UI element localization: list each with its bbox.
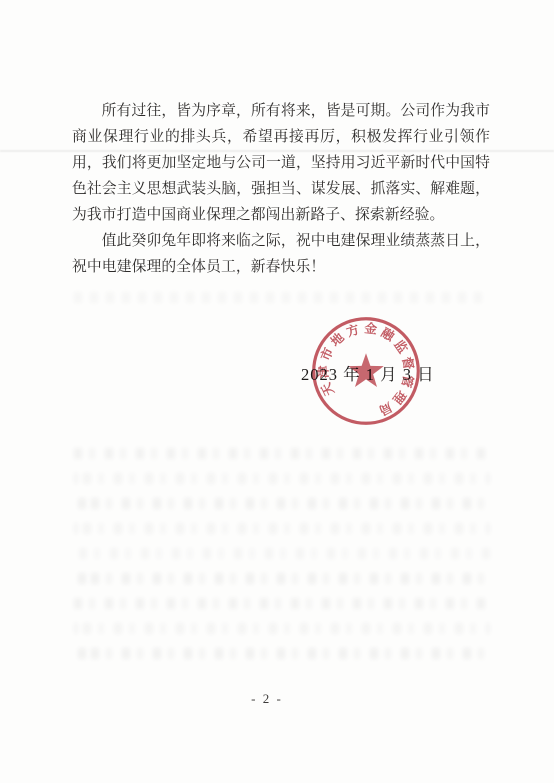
official-seal: 天津市地方金融监督管理局 [310,315,422,427]
bleed-through-row [74,498,490,509]
bleed-through-row [74,598,490,609]
bleed-through-row [74,523,490,534]
bleed-through-row [74,448,490,459]
page-number: - 2 - [0,691,534,707]
star-icon [348,353,383,387]
document-page: 所有过往，皆为序章，所有将来，皆是可期。公司作为我市商业保理行业的排头兵，希望再… [0,0,554,783]
bleed-through-row [74,648,490,659]
bleed-through-row [74,623,490,634]
paragraph-new-year-wishes: 值此癸卯兔年即将来临之际，祝中电建保理业绩蒸蒸日上，祝中电建保理的全体员工，新春… [72,228,490,280]
bleed-through-row [74,548,490,559]
seal-graphic: 天津市地方金融监督管理局 [310,315,422,427]
bleed-through-artifact-rows [74,448,490,673]
paragraph-closing-remarks: 所有过往，皆为序章，所有将来，皆是可期。公司作为我市商业保理行业的排头兵，希望再… [72,98,490,228]
bleed-through-row [74,573,490,584]
letter-body: 所有过往，皆为序章，所有将来，皆是可期。公司作为我市商业保理行业的排头兵，希望再… [72,98,490,280]
bleed-through-artifact [74,292,490,303]
bleed-through-row [74,473,490,484]
